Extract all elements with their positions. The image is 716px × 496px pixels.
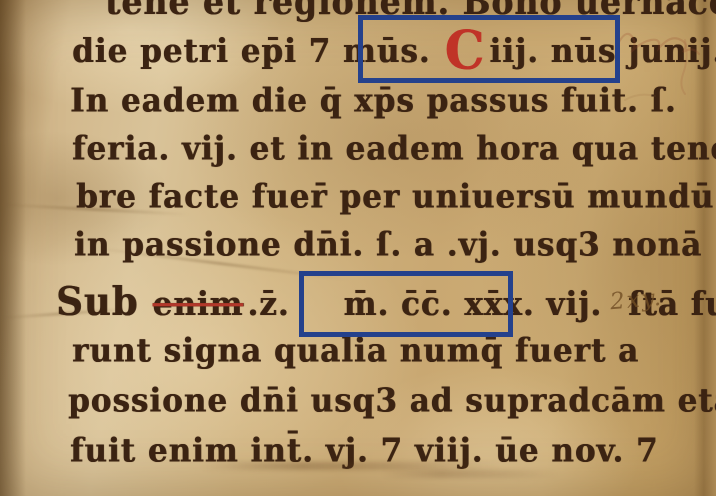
manuscript-page: tene et regionem. Bono uernaco. In die p…: [0, 0, 716, 496]
manuscript-line-5: bre facte fuer̄ per uniuersū mundū: [76, 179, 714, 215]
manuscript-line-6: in passione dn̄i. ſ. a .vj. usq3 nonā: [74, 227, 702, 263]
manuscript-line-8: runt signa qualia numq̄ fuert a: [72, 333, 639, 369]
manuscript-line-3: In eadem die q̄ xp̄s passus fuit. ſ.: [70, 83, 677, 119]
faint-marginalia-scribble: [615, 12, 715, 122]
annotation-box-1: [358, 15, 620, 83]
manuscript-line-4: feria. vij. et in eadem hora qua tene: [72, 131, 716, 167]
manuscript-line-9: possione dn̄i usq3 ad supradcām etā.: [68, 383, 716, 419]
ghost-bleedthrough-text: [380, 470, 560, 478]
struck-word-enim: enim: [153, 286, 244, 322]
marginal-note: 2xy.: [609, 285, 664, 316]
abbreviation-mark: .z̄.: [247, 286, 289, 322]
text-run: Sub: [56, 280, 139, 324]
ghost-bleedthrough-text: [200, 462, 500, 470]
page-left-edge-shadow: [0, 0, 26, 496]
annotation-box-2: [299, 271, 513, 337]
